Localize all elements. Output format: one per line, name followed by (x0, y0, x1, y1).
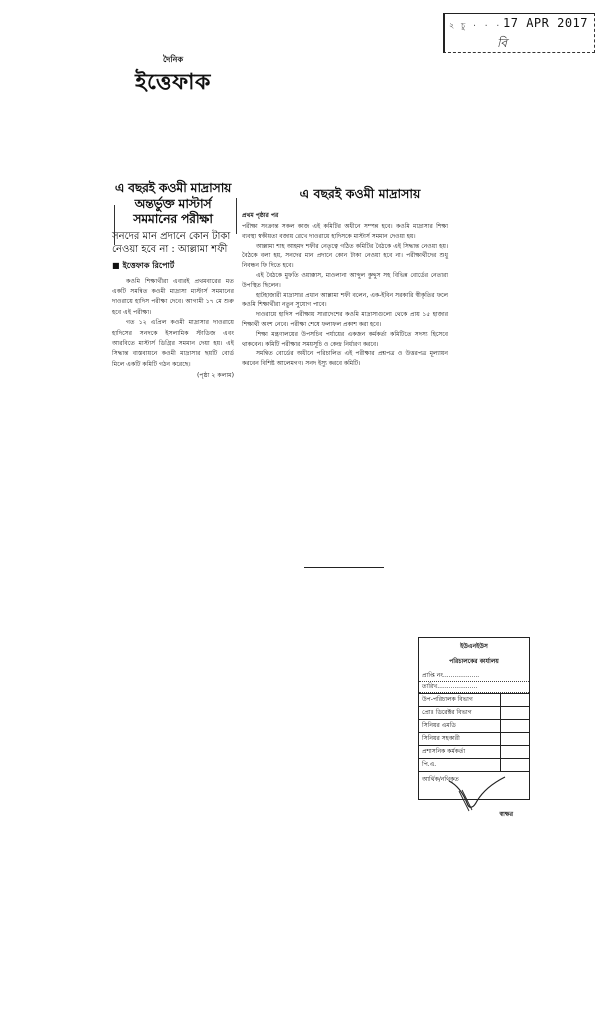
headline-line: এ বছরই কওমী মাদ্রাসায় (112, 180, 234, 196)
signature-area: আর্থিক/নথিকৃত স্বাক্ষর (419, 772, 529, 822)
subhead-line: নেওয়া হবে না : আল্লামা শফী (112, 243, 234, 256)
routing-row-label: পি.এ. (419, 759, 501, 771)
routing-row-label: সিনিয়র সহকারী (419, 733, 501, 745)
article-body: পরীক্ষা সংক্রান্ত সকল কাজ এই কমিটির অধীন… (242, 222, 448, 369)
date-field: তারিখ..................... (419, 682, 529, 693)
continued-headline: এ বছরই কওমী মাদ্রাসায় (272, 186, 448, 206)
routing-row-label: প্রশাসনিক কর্মকর্তা (419, 746, 501, 758)
routing-row: পি.এ. (419, 759, 529, 772)
stamp-subtitle: পরিচালকের কার্যালয় (419, 656, 529, 667)
headline-line: অন্তর্ভুক্ত মাস্টার্স (112, 196, 234, 212)
paragraph: গত ১২ এপ্রিল কওমী মাদ্রাসার দাওরায়ে হাদ… (112, 318, 234, 370)
masthead-name: ইত্তেফাক (108, 65, 238, 102)
paragraph: এই বৈঠকে মুফতি ওয়াক্কাস, মাওলানা আব্দুল… (242, 271, 448, 291)
date-stamp-initial: বি (497, 35, 507, 55)
headline-line: সমমানের পরীক্ষা (112, 211, 234, 227)
continued-article: এ বছরই কওমী মাদ্রাসায় প্রথম পৃষ্ঠার পর … (242, 186, 448, 369)
newspaper-masthead: দৈনিক ইত্তেফাক (108, 54, 238, 102)
margin-bracket-mark (114, 205, 119, 245)
paragraph: দাওরায়ে হাদিস পরীক্ষায় সারাদেশের কওমি … (242, 310, 448, 330)
check-box (501, 694, 529, 706)
check-box (501, 720, 529, 732)
date-stamp-prefix: ২ চু · · · (449, 20, 501, 33)
routing-row: সিনিয়র এমডি (419, 720, 529, 733)
signature-label: স্বাক্ষর (499, 809, 513, 820)
margin-bracket-mark (236, 198, 241, 234)
subhead-line: সনদের মান প্রদানে কোন টাকা (112, 230, 234, 243)
routing-row: প্রোঃ ডিরেক্টর বিভাগ (419, 707, 529, 720)
date-stamp: ২ চু · · · 17 APR 2017 বি (443, 13, 595, 53)
routing-row: উপ-পরিচালক বিভাগ (419, 694, 529, 707)
routing-row: সিনিয়র সহকারী (419, 733, 529, 746)
paragraph: কওমি শিক্ষার্থীরা এবারই প্রথমবারের মত এক… (112, 277, 234, 319)
routing-row-label: প্রোঃ ডিরেক্টর বিভাগ (419, 707, 501, 719)
date-stamp-date: 17 APR 2017 (503, 16, 588, 30)
routing-row: প্রশাসনিক কর্মকর্তা (419, 746, 529, 759)
paragraph: পরীক্ষা সংক্রান্ত সকল কাজ এই কমিটির অধীন… (242, 222, 448, 242)
article-byline: ইত্তেফাক রিপোর্ট (112, 260, 234, 273)
paragraph: শিক্ষা মন্ত্রণালয়ের উপসচিব পর্যায়ের এক… (242, 330, 448, 350)
routing-table: উপ-পরিচালক বিভাগ প্রোঃ ডিরেক্টর বিভাগ সি… (419, 693, 529, 772)
routing-row-label: উপ-পরিচালক বিভাগ (419, 694, 501, 706)
routing-row-label: সিনিয়র এমডি (419, 720, 501, 732)
article-subhead: সনদের মান প্রদানে কোন টাকা নেওয়া হবে না… (112, 230, 234, 256)
paragraph: সমন্বিত বোর্ডের অধীনে পরিচালিত এই পরীক্ষ… (242, 349, 448, 369)
handwritten-signature-icon (447, 775, 507, 815)
check-box (501, 759, 529, 771)
jump-label: প্রথম পৃষ্ঠার পর (242, 210, 448, 221)
paragraph: হাটহাজারী মাদ্রাসার প্রধান আল্লামা শফী ব… (242, 291, 448, 311)
check-box (501, 733, 529, 745)
article-body: কওমি শিক্ষার্থীরা এবারই প্রথমবারের মত এক… (112, 277, 234, 371)
front-page-article: এ বছরই কওমী মাদ্রাসায় অন্তর্ভুক্ত মাস্ট… (112, 180, 234, 381)
check-box (501, 707, 529, 719)
office-routing-stamp: ইউএনইউস পরিচালকের কার্যালয় প্রাপ্তি নং.… (418, 637, 530, 800)
continued-note: (পৃষ্ঠা ২ কলাম) (112, 370, 234, 381)
article-headline: এ বছরই কওমী মাদ্রাসায় অন্তর্ভুক্ত মাস্ট… (112, 180, 234, 227)
check-box (501, 746, 529, 758)
stamp-title: ইউএনইউস (419, 641, 529, 652)
receipt-number-field: প্রাপ্তি নং................... (419, 671, 529, 682)
paragraph: আল্লামা শাহ আহমদ শফীর নেতৃত্বে গঠিত কমিট… (242, 242, 448, 271)
article-end-rule (304, 567, 384, 569)
